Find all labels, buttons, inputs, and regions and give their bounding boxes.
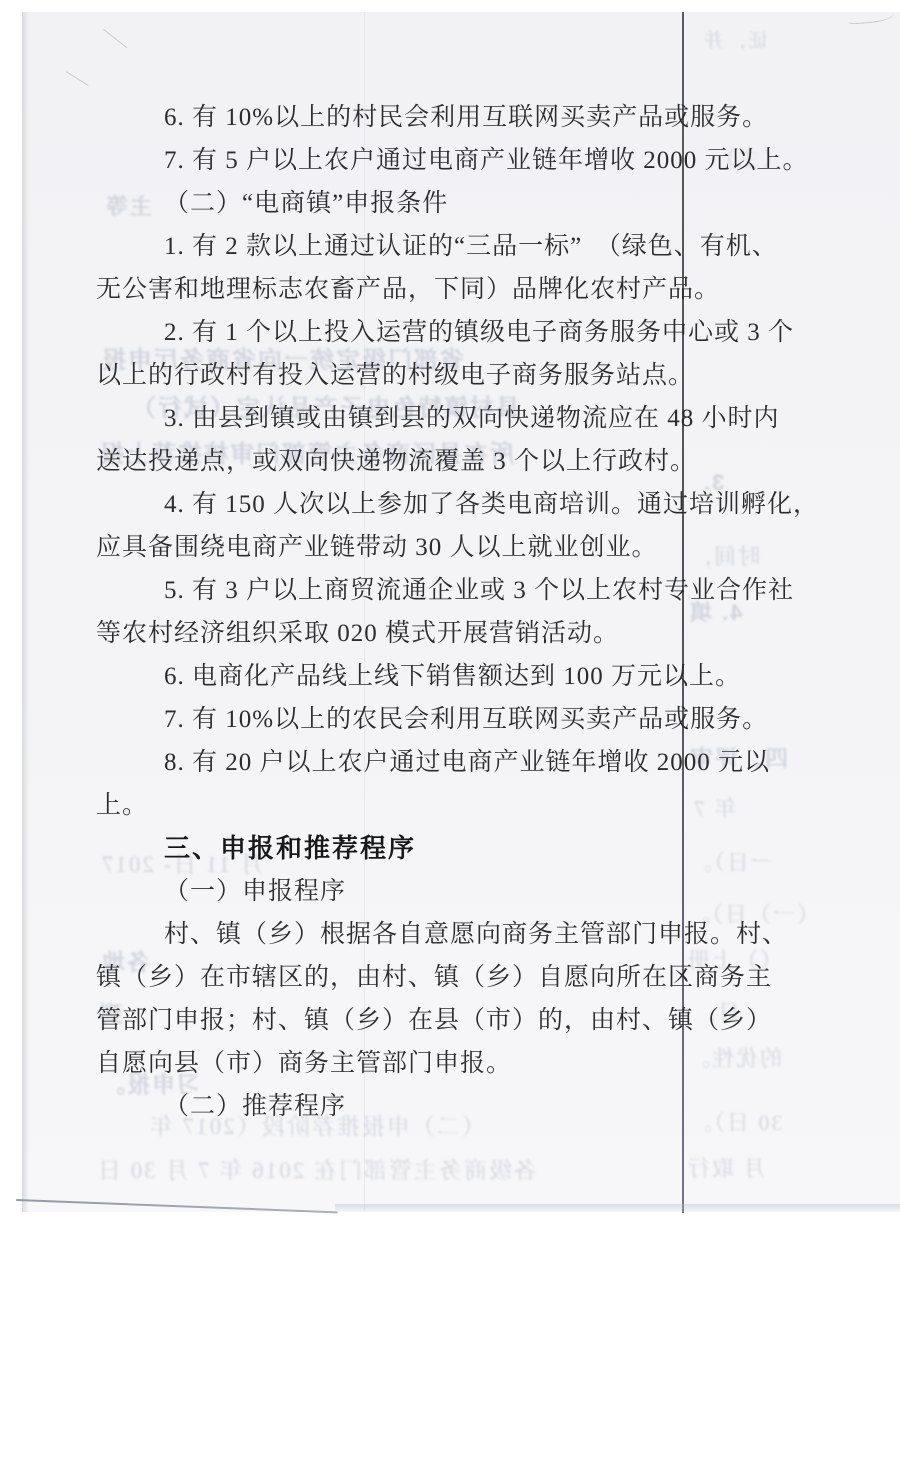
text-line: 3. 由县到镇或由镇到县的双向快递物流应在 48 小时内 <box>96 397 786 440</box>
text-line: 管部门申报；村、镇（乡）在县（市）的，由村、镇（乡） <box>96 999 786 1042</box>
text-line: 4. 有 150 人次以上参加了各类电商培训。通过培训孵化， <box>96 483 786 526</box>
text-line: 以上的行政村有投入运营的村级电子商务服务站点。 <box>96 354 786 397</box>
text-line: （二）“电商镇”申报条件 <box>96 182 786 225</box>
text-line: 等农村经济组织采取 020 模式开展营销活动。 <box>96 612 786 655</box>
text-line: 1. 有 2 款以上通过认证的“三品一标” （绿色、有机、 <box>96 225 786 268</box>
bleedthrough-fragment: 月 取行 <box>686 1152 766 1183</box>
text-line: （一）申报程序 <box>96 870 786 913</box>
text-line: 镇（乡）在市辖区的，由村、镇（乡）自愿向所在区商务主 <box>96 956 786 999</box>
text-line: （二）推荐程序 <box>96 1085 786 1128</box>
document-lines: 6. 有 10%以上的村民会利用互联网买卖产品或服务。7. 有 5 户以上农户通… <box>96 96 786 1128</box>
text-line: 5. 有 3 户以上商贸流通企业或 3 个以上农村专业合作社 <box>96 569 786 612</box>
text-line: 上。 <box>96 784 786 827</box>
text-line: 6. 电商化产品线上线下销售额达到 100 万元以上。 <box>96 655 786 698</box>
text-line: 2. 有 1 个以上投入运营的镇级电子商务服务中心或 3 个 <box>96 311 786 354</box>
bleedthrough-fragment: 各级商务主管部门在 2016 年 7 月 30 日 <box>96 1152 537 1185</box>
scan-canvas: { "page": { "background": "#ffffff", "pa… <box>0 0 900 1482</box>
text-line: 送达投递点，或双向快递物流覆盖 3 个以上行政村。 <box>96 440 786 483</box>
text-line: 自愿向县（市）商务主管部门申报。 <box>96 1042 786 1085</box>
text-line: 无公害和地理标志农畜产品，下同）品牌化农村产品。 <box>96 268 786 311</box>
text-line: 7. 有 10%以上的农民会利用互联网买卖产品或服务。 <box>96 698 786 741</box>
text-line: 6. 有 10%以上的村民会利用互联网买卖产品或服务。 <box>96 96 786 139</box>
bleedthrough-fragment: 证，并 <box>702 24 768 53</box>
text-line: 8. 有 20 户以上农户通过电商产业链年增收 2000 元以 <box>96 741 786 784</box>
text-line: 村、镇（乡）根据各自意愿向商务主管部门申报。村、 <box>96 913 786 956</box>
text-line: 应具备围绕电商产业链带动 30 人以上就业创业。 <box>96 526 786 569</box>
text-line: 7. 有 5 户以上农户通过电商产业链年增收 2000 元以上。 <box>96 139 786 182</box>
section-heading: 三、申报和推荐程序 <box>96 827 786 870</box>
